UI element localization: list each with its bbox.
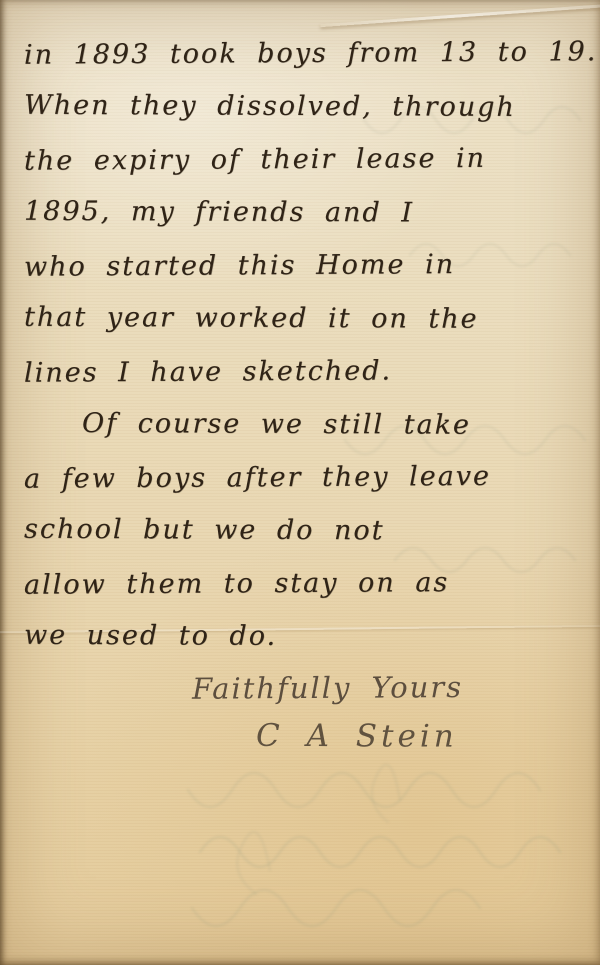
handwritten-letter-body: in 1893 took boys from 13 to 19. When th… (0, 0, 600, 763)
signature: C A Stein (24, 712, 586, 764)
letter-line: that year worked it on the (24, 291, 586, 346)
letter-line: we used to do. (24, 609, 586, 664)
letter-line: a few boys after they leave (24, 449, 586, 505)
letter-line: When they dissolved, through (24, 79, 586, 134)
letter-line: 1895, my friends and I (24, 185, 586, 240)
letter-line: Of course we still take (24, 397, 586, 452)
letter-line: who started this Home in (24, 237, 586, 293)
letter-line: lines I have sketched. (24, 343, 586, 399)
scanned-letter-page: in 1893 took boys from 13 to 19. When th… (0, 0, 600, 965)
letter-line: allow them to stay on as (24, 555, 586, 611)
letter-line: in 1893 took boys from 13 to 19. (24, 25, 586, 81)
letter-line: the expiry of their lease in (24, 131, 586, 187)
letter-line: school but we do not (24, 503, 586, 558)
letter-closing: Faithfully Yours (24, 661, 586, 714)
